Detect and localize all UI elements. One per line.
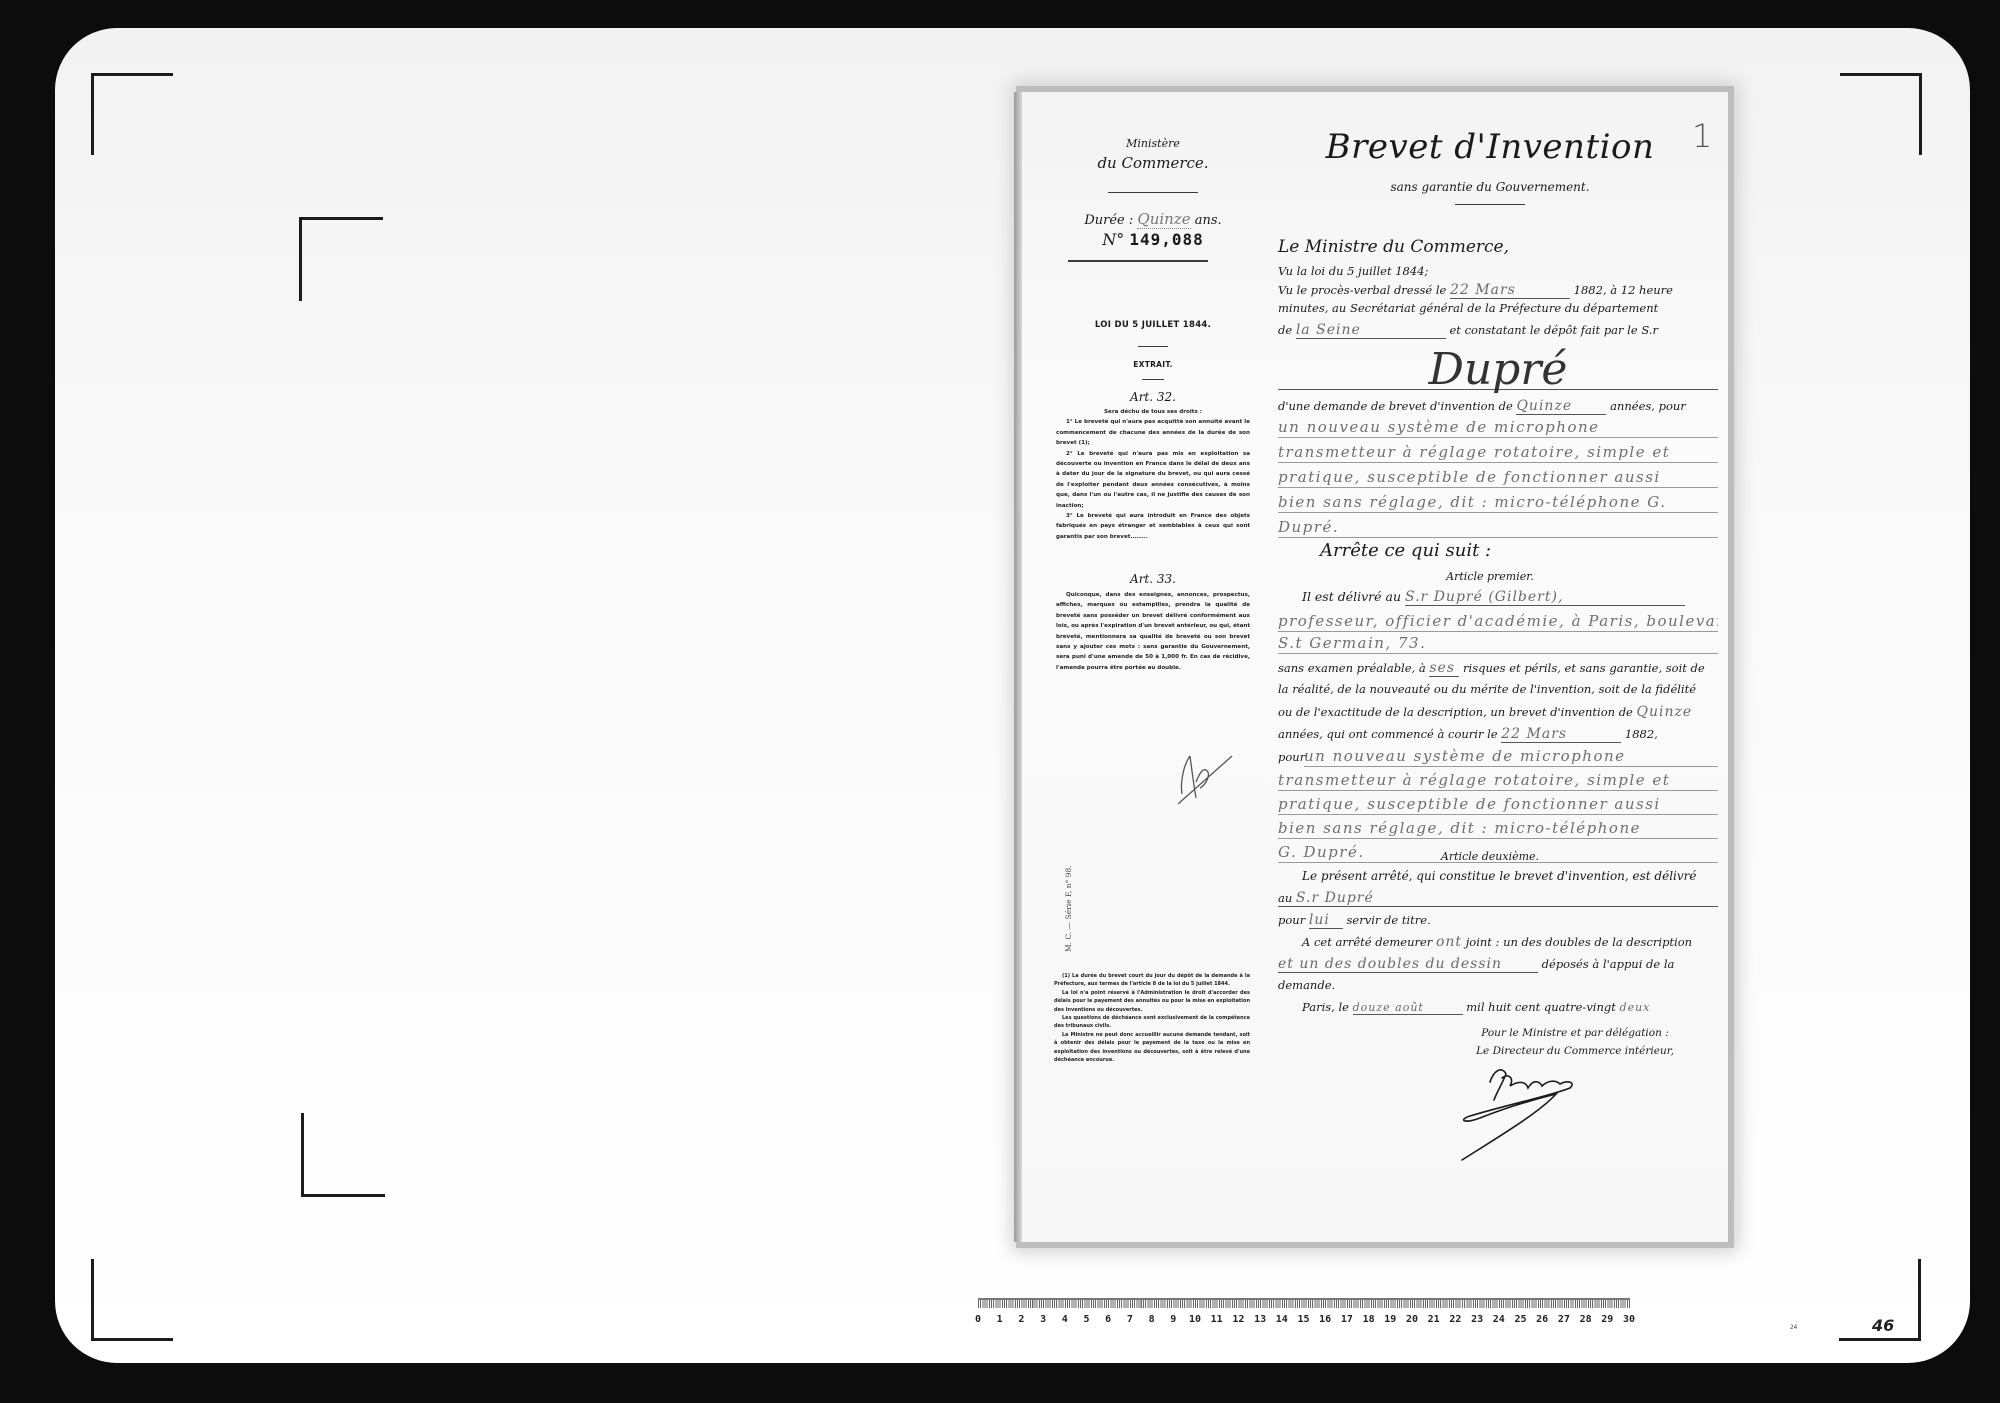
directeur-title: Le Directeur du Commerce intérieur, [1430,1045,1720,1057]
text: au [1278,891,1292,905]
divider [1455,204,1525,205]
delivre-line: Il est délivré au S.r Dupré (Gilbert), [1278,589,1718,606]
extrait-heading: EXTRAIT. [1050,360,1256,369]
ruler-label: 24 [1493,1314,1505,1325]
left-column: Ministère du Commerce. Durée : Quinze an… [1050,92,1256,1242]
text: 1882, [1625,727,1658,741]
text: années, qui ont commencé à courir le [1278,727,1498,741]
ruler-label: 2 [1018,1314,1024,1325]
patent-body: Brevet d'Invention 1 sans garantie du Go… [1260,92,1720,1242]
present-arrete-line: Le présent arrêté, qui constitue le brev… [1278,869,1718,883]
ruler-label: 19 [1384,1314,1396,1325]
registration-mark-inner-bottom-left [301,1113,385,1197]
au-line: au S.r Dupré [1278,890,1718,907]
annees-date: 22 Mars [1501,726,1621,743]
demande-word: demande. [1278,978,1718,992]
demande-duration: Quinze [1516,398,1606,415]
ruler-label: 30 [1623,1314,1635,1325]
ruler-label: 15 [1297,1314,1309,1325]
text: Il est délivré au [1278,589,1401,604]
document-subtitle: sans garantie du Gouvernement. [1280,180,1700,194]
text: et constatant le dépôt fait par le S.r [1449,323,1657,337]
art32-text: Sera déchu de tous ses droits : 1° Le br… [1056,407,1250,542]
realite-line: la réalité, de la nouveauté ou du mérite… [1278,682,1718,696]
invention-title-line: un nouveau système de microphone [1304,746,1718,767]
paris-date: douze août [1353,1001,1463,1015]
ruler-label: 13 [1254,1314,1266,1325]
ruler-label: 28 [1580,1314,1592,1325]
ruler-label: 4 [1062,1314,1068,1325]
art32-paragraph: 1° Le breveté qui n'aura pas acquitté so… [1056,417,1250,448]
ruler-label: 17 [1341,1314,1353,1325]
duree-field: Durée : Quinze ans. [1050,210,1256,228]
loi-heading: LOI DU 5 JUILLET 1844. [1050,320,1256,330]
departement-value: la Seine [1296,322,1446,339]
ruler-label: 12 [1232,1314,1244,1325]
invention-description-line: bien sans réglage, dit : micro-téléphone… [1278,492,1718,513]
footnote: Le Ministre ne peut donc accueillir aucu… [1054,1031,1250,1065]
ruler-label: 22 [1449,1314,1461,1325]
ruler-label: 21 [1428,1314,1440,1325]
registration-mark-inner-top-left [299,217,383,301]
sheet-edge [1014,92,1022,1242]
art33-heading: Art. 33. [1050,572,1256,586]
vu-loi: Vu la loi du 5 juillet 1844; [1278,264,1718,278]
ruler-ticks [978,1298,1630,1308]
ruler-label: 7 [1127,1314,1133,1325]
footnote: Les questions de déchéance sont exclusiv… [1054,1014,1250,1031]
text: mil huit cent quatre-vingt [1466,1000,1616,1014]
applicant-name: Dupré [1429,344,1568,395]
beneficiary-address-line: S.t Germain, 73. [1278,633,1718,654]
proces-date: 22 Mars [1450,282,1570,299]
divider [1108,192,1198,193]
measurement-ruler: 0 1 2 3 4 5 6 7 8 9 10 11 12 13 14 15 16… [972,1268,1637,1348]
departement-line: de la Seine et constatant le dépôt fait … [1278,322,1718,339]
text: de [1278,323,1292,337]
vu-minutes: minutes, au Secrétariat général de la Pr… [1278,301,1718,315]
doubles-value: et un des doubles du dessin [1278,956,1538,973]
text: d'une demande de brevet d'invention de [1278,399,1513,413]
text: pour [1278,913,1305,927]
pour-ministre: Pour le Ministre et par délégation : [1430,1027,1720,1039]
invention-title-line: transmetteur à réglage rotatoire, simple… [1278,770,1718,791]
ruler-label: 3 [1040,1314,1046,1325]
ruler-label: 0 [975,1314,981,1325]
ruler-label: 27 [1558,1314,1570,1325]
text: sans examen préalable, à [1278,661,1426,675]
divider [1142,379,1164,380]
doubles-line: et un des doubles du dessin déposés à l'… [1278,956,1718,973]
text: servir de titre. [1347,913,1431,927]
initials-mark [1170,742,1240,812]
au-value: S.r Dupré [1296,890,1374,906]
ruler-label: 18 [1363,1314,1375,1325]
text: ou de l'exactitude de la description, un… [1278,705,1633,719]
patent-document: Ministère du Commerce. Durée : Quinze an… [1022,92,1728,1242]
ruler-code: 24 [1790,1324,1797,1331]
exactitude-line: ou de l'exactitude de la description, un… [1278,704,1718,720]
patent-number: 149,088 [1129,230,1203,249]
text: risques et périls, et sans garantie, soi… [1463,661,1705,675]
invention-description-line: pratique, susceptible de fonctionner aus… [1278,467,1718,488]
ruler-label: 6 [1105,1314,1111,1325]
footnote: La loi n'a point réservé à l'Administrat… [1054,989,1250,1014]
invention-description-line: Dupré. [1278,517,1718,538]
text: Paris, le [1302,1000,1349,1014]
numero-prefix: N° [1102,230,1124,249]
text: déposés à l'appui de la [1542,957,1675,971]
footnote: (1) La durée du brevet court du jour du … [1054,972,1250,989]
document-title: Brevet d'Invention [1280,127,1700,167]
sans-examen-value: ses [1429,660,1459,677]
ministere-label: Ministère [1050,137,1256,150]
ruler-label: 5 [1083,1314,1089,1325]
applicant-name-line: Dupré [1278,344,1718,390]
art33-paragraph: Quiconque, dans des enseignes, annonces,… [1056,590,1250,673]
article2-heading: Article deuxième. [1260,850,1720,863]
paris-date-line: Paris, le douze août mil huit cent quatr… [1278,1000,1718,1015]
text: A cet arrêté demeurer [1302,935,1432,949]
invention-title-line: bien sans réglage, dit : micro-téléphone [1278,818,1718,839]
ruler-label: 25 [1514,1314,1526,1325]
ruler-label: 8 [1149,1314,1155,1325]
ruler-label: 14 [1276,1314,1288,1325]
ruler-label: 1 [997,1314,1003,1325]
invention-description-line: un nouveau système de microphone [1278,417,1718,438]
ruler-label: 11 [1211,1314,1223,1325]
footnotes: (1) La durée du brevet court du jour du … [1054,972,1250,1064]
cet-arrete-line: A cet arrêté demeurer ont joint : un des… [1278,934,1718,950]
arrete-heading: Arrête ce qui suit : [1320,540,1491,561]
duree-label: Durée : [1084,213,1133,228]
art32-paragraph: Sera déchu de tous ses droits : [1056,407,1250,417]
registration-mark-outer-top-left [91,73,173,155]
ruler-label: 23 [1471,1314,1483,1325]
duree-value: Quinze [1137,210,1190,229]
paris-year: deux [1620,1001,1651,1014]
cet-arrete-value: ont [1436,934,1462,950]
art32-paragraph: 3° Le breveté qui aura introduit en Fran… [1056,511,1250,542]
commerce-label: du Commerce. [1050,154,1256,172]
sans-examen-line: sans examen préalable, à ses risques et … [1278,660,1718,677]
article1-heading: Article premier. [1260,570,1720,583]
duree-unit: ans. [1195,213,1222,228]
ruler-label: 10 [1189,1314,1201,1325]
ruler-label: 9 [1170,1314,1176,1325]
demande-line: d'une demande de brevet d'invention de Q… [1278,398,1718,415]
invention-title-line: pratique, susceptible de fonctionner aus… [1278,794,1718,815]
film-frame-number: 46 [1872,1316,1894,1335]
text: années, pour [1610,399,1686,413]
ruler-label: 16 [1319,1314,1331,1325]
ministre-heading: Le Ministre du Commerce, [1278,237,1509,257]
text: 1882, à 12 heure [1574,283,1673,297]
series-reference: M. C. — Série F, n° 98. [1064,865,1073,952]
art32-heading: Art. 32. [1050,390,1256,404]
divider [1138,346,1168,347]
page-number: 1 [1692,117,1712,155]
ruler-label: 29 [1601,1314,1613,1325]
exactitude-value: Quinze [1637,704,1693,720]
beneficiary-name: S.r Dupré (Gilbert), [1405,589,1685,606]
annees-line: années, qui ont commencé à courir le 22 … [1278,726,1718,743]
registration-mark-outer-bottom-left [91,1259,173,1341]
invention-description-line: transmetteur à réglage rotatoire, simple… [1278,442,1718,463]
text: Vu le procès-verbal dressé le [1278,283,1446,297]
art32-paragraph: 2° Le breveté qui n'aura pas mis en expl… [1056,449,1250,511]
patent-number-field: N° 149,088 [1050,230,1256,249]
signature [1410,1060,1620,1170]
art33-text: Quiconque, dans des enseignes, annonces,… [1056,590,1250,673]
text: joint : un des doubles de la description [1466,935,1692,949]
ruler-label: 20 [1406,1314,1418,1325]
ruler-label: 26 [1536,1314,1548,1325]
beneficiary-address-line: professeur, officier d'académie, à Paris… [1278,611,1718,632]
registration-mark-outer-top-right [1840,73,1922,155]
divider [1068,260,1208,262]
vu-proces-verbal: Vu le procès-verbal dressé le 22 Mars 18… [1278,282,1718,299]
pour-lui-value: lui [1309,912,1343,929]
pour-lui-line: pour lui servir de titre. [1278,912,1718,929]
